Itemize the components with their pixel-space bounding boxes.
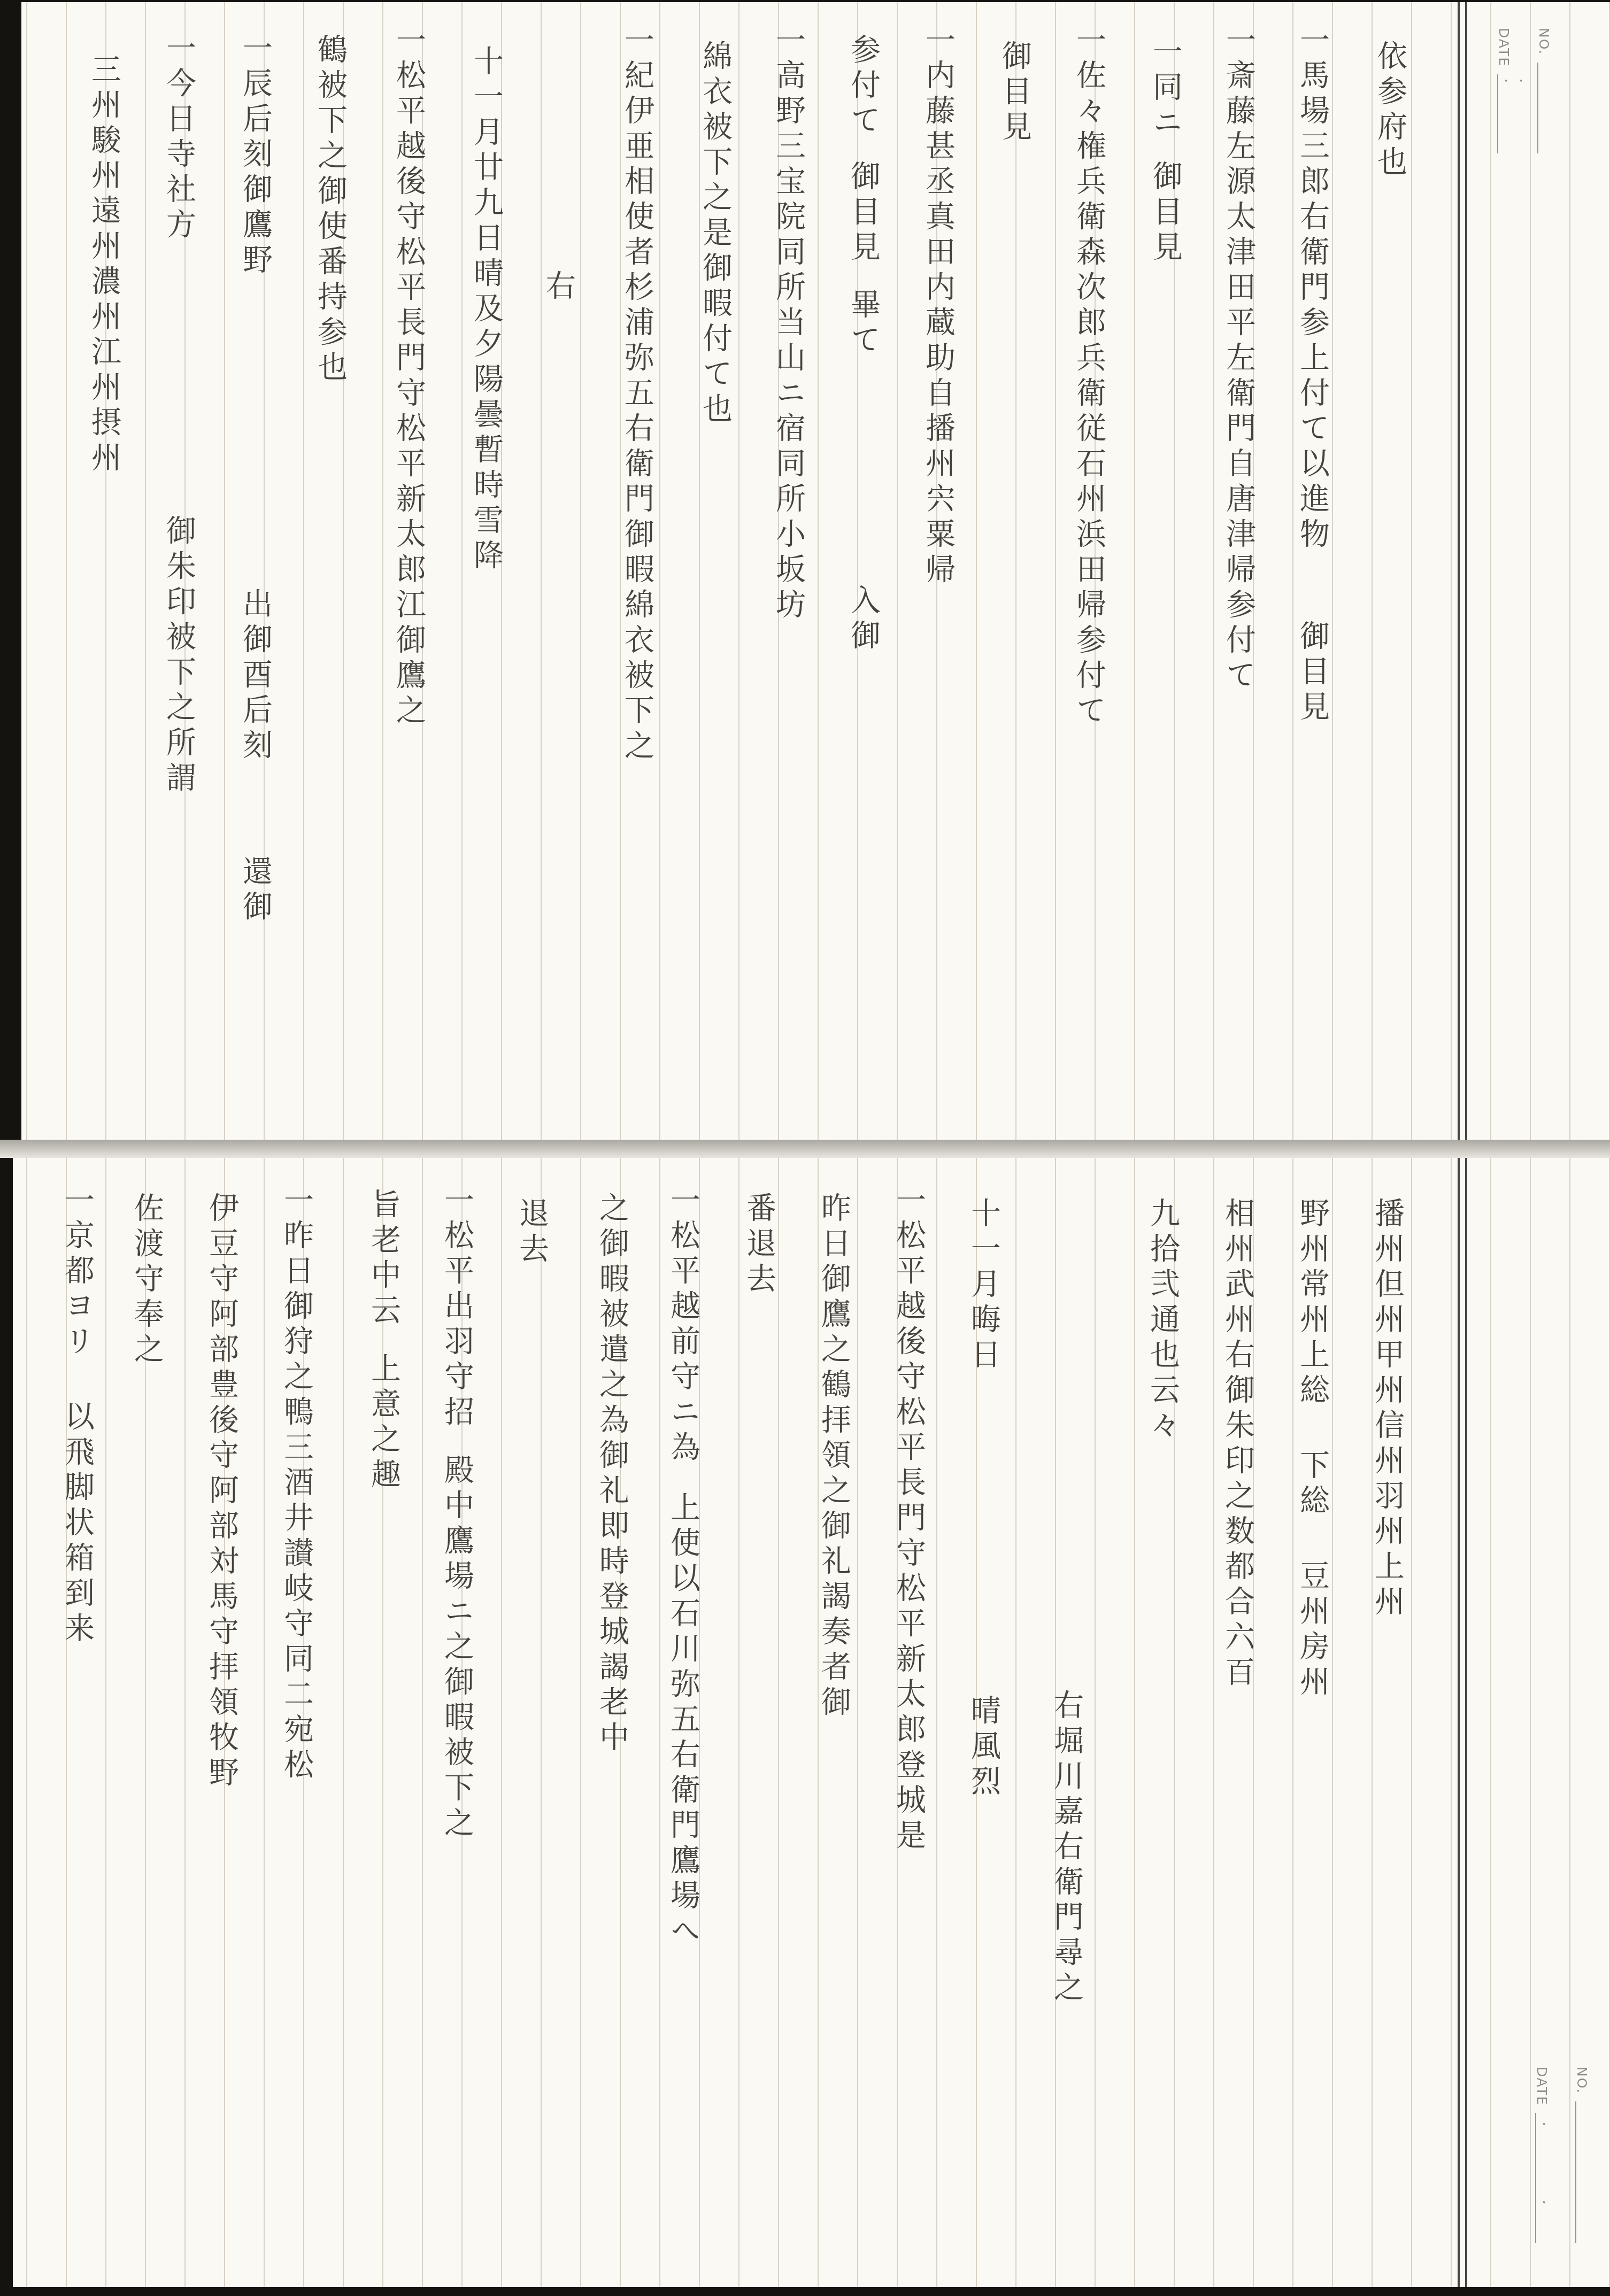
- handwriting-column-top-6-seg1: 御目見: [999, 40, 1029, 146]
- page-fold-shadow: [0, 1140, 1610, 1158]
- handwriting-column-top-15-seg1: 鶴被下之御使番持参也: [315, 34, 345, 386]
- handwriting-column-top-8-seg4: 入御: [848, 584, 878, 655]
- handwriting-column-bottom-18-seg2: 以飛脚状箱到来: [62, 1401, 92, 1648]
- handwriting-column-bottom-10-seg1: 一松平越前守ニ為: [668, 1184, 698, 1466]
- handwriting-column-bottom-10-seg2: 上使以石川弥五右衛門鷹場へ: [668, 1491, 698, 1950]
- red-margin-rule: [1458, 1158, 1467, 2287]
- handwriting-column-top-2-seg2: 御目見: [1297, 620, 1327, 726]
- handwriting-column-bottom-17-seg1: 佐渡守奉之: [132, 1192, 161, 1369]
- handwriting-column-top-18-seg1: 三州駿州遠州濃州江州摂州: [89, 53, 119, 477]
- handwriting-column-top-17-seg1: 一今日寺社方: [164, 32, 194, 244]
- handwriting-column-bottom-13-seg1: 一松平出羽守招: [442, 1184, 472, 1431]
- handwriting-column-bottom-6-seg2: 晴風烈: [968, 1695, 998, 1800]
- handwriting-column-bottom-14-seg1: 旨老中云: [368, 1188, 398, 1329]
- handwriting-column-bottom-18-seg1: 一京都ヨリ: [62, 1184, 92, 1360]
- handwriting-column-top-8-seg1: 参付て: [848, 34, 878, 140]
- handwriting-column-bottom-1-seg1: 播州但州甲州信州羽州上州: [1372, 1197, 1402, 1621]
- handwriting-column-top-9-seg1: 一高野三宝院同所当山ニ宿同所小坂坊: [773, 24, 803, 624]
- corner-no-row: NO.: [1575, 2067, 1591, 2243]
- handwriting-column-bottom-15-seg1: 一昨日御狩之鴨三酒井讃岐守同二宛松: [281, 1184, 311, 1784]
- no-label: NO.: [1537, 28, 1551, 55]
- date-label: DATE: [1497, 28, 1511, 67]
- handwriting-column-top-2-seg1: 一馬場三郎右衛門参上付て以進物: [1297, 24, 1327, 553]
- handwriting-column-top-4-seg1: 一同ニ: [1150, 36, 1180, 142]
- handwriting-column-bottom-13-seg2: 殿中鷹場ニ之御暇被下之: [442, 1454, 472, 1842]
- handwriting-column-bottom-9-seg1: 番退去: [744, 1192, 774, 1298]
- handwriting-column-top-12-seg1: 右: [543, 270, 573, 305]
- handwriting-column-bottom-4-seg1: 九拾弐通也云々: [1147, 1197, 1177, 1444]
- corner-date-row: DATE ・ ・: [1535, 2067, 1551, 2243]
- handwriting-column-bottom-11-seg1: 之御暇被遣之為御礼即時登城謁老中: [597, 1192, 627, 1757]
- corner-no-row: NO.: [1537, 28, 1553, 153]
- handwriting-column-top-4-seg2: 御目見: [1150, 160, 1180, 266]
- handwriting-column-bottom-14-seg2: 上意之趣: [368, 1352, 398, 1494]
- handwriting-column-top-8-seg3: 畢て: [848, 289, 878, 359]
- no-label: NO.: [1575, 2067, 1589, 2094]
- date-label: DATE: [1535, 2067, 1549, 2106]
- handwriting-column-top-11-seg1: 一紀伊亜相使者杉浦弥五右衛門御暇綿衣被下之: [622, 24, 652, 765]
- handwriting-column-top-17-seg2: 御朱印被下之所謂: [164, 515, 194, 797]
- no-underline: [1537, 63, 1538, 153]
- handwriting-column-top-5-seg1: 一佐々権兵衛森次郎兵衛従石州浜田帰参付て: [1074, 24, 1104, 730]
- date-dots: ・ ・: [1498, 74, 1528, 153]
- handwriting-column-top-1-seg1: 依参府也: [1375, 40, 1405, 181]
- date-underline: ・ ・: [1535, 2113, 1551, 2243]
- scanned-notebook: NO. DATE ・ ・ 依参府也一馬場三郎右衛門参上付て以進物御目見一斎藤左源…: [0, 0, 1610, 2296]
- handwriting-column-top-16-seg3: 還御: [240, 855, 270, 926]
- handwriting-column-bottom-6-seg1: 十一月晦日: [968, 1197, 998, 1374]
- handwriting-column-bottom-8-seg1: 昨日御鷹之鶴拝領之御礼謁奏者御: [819, 1192, 849, 1721]
- handwriting-column-bottom-7-seg1: 一松平越後守松平長門守松平新太郎登城是: [893, 1184, 923, 1854]
- handwriting-column-top-10-seg1: 綿衣被下之是御暇付て也: [700, 40, 730, 428]
- notebook-page-bottom: NO. DATE ・ ・ 播州但州甲州信州羽州上州野州常州上総 下総 豆州房州相…: [13, 1158, 1610, 2287]
- date-dots: ・ ・: [1536, 2117, 1551, 2238]
- corner-date-row: DATE ・ ・: [1497, 28, 1513, 153]
- red-margin-rule: [1458, 2, 1467, 1140]
- handwriting-column-bottom-5-seg1: 右堀川嘉右衛門尋之: [1051, 1689, 1081, 2007]
- date-underline: ・ ・: [1497, 74, 1528, 153]
- handwriting-column-top-16-seg2: 出御酉后刻: [240, 588, 270, 764]
- handwriting-column-top-16-seg1: 一辰后刻御鷹野: [240, 32, 270, 279]
- handwriting-column-top-7-seg1: 一内藤甚丞真田内蔵助自播州宍粟帰: [923, 24, 953, 589]
- handwriting-column-top-14-seg1: 一松平越後守松平長門守松平新太郎江御鷹之: [394, 24, 423, 730]
- handwriting-column-bottom-12-seg1: 退去: [517, 1197, 546, 1268]
- handwriting-column-top-3-seg1: 一斎藤左源太津田平左衛門自唐津帰参付て: [1223, 24, 1253, 694]
- handwriting-column-bottom-2-seg1: 野州常州上総 下総 豆州房州: [1297, 1197, 1327, 1701]
- handwriting-column-bottom-3-seg1: 相州武州右御朱印之数都合六百: [1222, 1197, 1252, 1691]
- notebook-page-top: NO. DATE ・ ・ 依参府也一馬場三郎右衛門参上付て以進物御目見一斎藤左源…: [21, 2, 1610, 1140]
- no-underline: [1575, 2101, 1576, 2243]
- handwriting-column-top-8-seg2: 御目見: [848, 160, 878, 266]
- handwriting-column-top-13-seg1: 十一月廿九日晴及夕陽曇暫時雪降: [471, 45, 501, 575]
- handwriting-column-bottom-16-seg1: 伊豆守阿部豊後守阿部対馬守拝領牧野: [206, 1192, 236, 1792]
